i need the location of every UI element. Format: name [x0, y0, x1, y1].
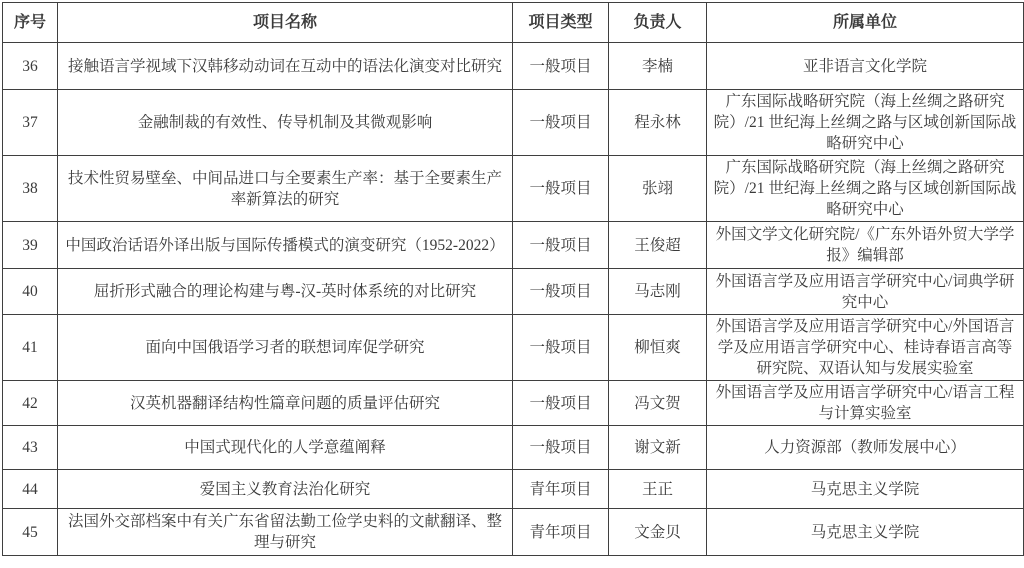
cell-unit: 马克思主义学院	[707, 470, 1024, 509]
table-header-row: 序号 项目名称 项目类型 负责人 所属单位	[3, 3, 1024, 43]
cell-project-name: 技术性贸易壁垒、中间品进口与全要素生产率：基于全要素生产率新算法的研究	[58, 156, 513, 222]
project-list-table: 序号 项目名称 项目类型 负责人 所属单位 36 接触语言学视域下汉韩移动动词在…	[2, 2, 1024, 556]
cell-leader: 文金贝	[609, 509, 707, 556]
cell-no: 42	[3, 381, 58, 426]
cell-project-name: 屈折形式融合的理论构建与粤-汉-英时体系统的对比研究	[58, 269, 513, 315]
cell-no: 44	[3, 470, 58, 509]
cell-project-type: 一般项目	[513, 90, 609, 156]
cell-leader: 李楠	[609, 43, 707, 90]
cell-unit: 外国语言学及应用语言学研究中心/词典学研究中心	[707, 269, 1024, 315]
cell-unit: 广东国际战略研究院（海上丝绸之路研究院）/21 世纪海上丝绸之路与区域创新国际战…	[707, 156, 1024, 222]
cell-project-name: 金融制裁的有效性、传导机制及其微观影响	[58, 90, 513, 156]
cell-project-type: 一般项目	[513, 43, 609, 90]
cell-no: 39	[3, 222, 58, 269]
cell-project-name: 法国外交部档案中有关广东省留法勤工俭学史料的文献翻译、整理与研究	[58, 509, 513, 556]
cell-project-name: 爱国主义教育法治化研究	[58, 470, 513, 509]
table-row: 37 金融制裁的有效性、传导机制及其微观影响 一般项目 程永林 广东国际战略研究…	[3, 90, 1024, 156]
cell-unit: 马克思主义学院	[707, 509, 1024, 556]
table-row: 41 面向中国俄语学习者的联想词库促学研究 一般项目 柳恒爽 外国语言学及应用语…	[3, 315, 1024, 381]
cell-leader: 谢文新	[609, 426, 707, 470]
cell-leader: 王正	[609, 470, 707, 509]
table-row: 36 接触语言学视域下汉韩移动动词在互动中的语法化演变对比研究 一般项目 李楠 …	[3, 43, 1024, 90]
cell-project-type: 青年项目	[513, 470, 609, 509]
cell-unit: 外国语言学及应用语言学研究中心/外国语言学及应用语言学研究中心、桂诗春语言高等研…	[707, 315, 1024, 381]
cell-project-type: 青年项目	[513, 509, 609, 556]
cell-no: 40	[3, 269, 58, 315]
cell-project-name: 汉英机器翻译结构性篇章问题的质量评估研究	[58, 381, 513, 426]
table-row: 40 屈折形式融合的理论构建与粤-汉-英时体系统的对比研究 一般项目 马志刚 外…	[3, 269, 1024, 315]
table-row: 44 爱国主义教育法治化研究 青年项目 王正 马克思主义学院	[3, 470, 1024, 509]
cell-project-type: 一般项目	[513, 222, 609, 269]
cell-no: 38	[3, 156, 58, 222]
cell-project-type: 一般项目	[513, 315, 609, 381]
table-row: 45 法国外交部档案中有关广东省留法勤工俭学史料的文献翻译、整理与研究 青年项目…	[3, 509, 1024, 556]
cell-project-type: 一般项目	[513, 426, 609, 470]
column-header-project-type: 项目类型	[513, 3, 609, 43]
cell-leader: 王俊超	[609, 222, 707, 269]
cell-leader: 马志刚	[609, 269, 707, 315]
table-row: 43 中国式现代化的人学意蕴阐释 一般项目 谢文新 人力资源部（教师发展中心）	[3, 426, 1024, 470]
column-header-project-name: 项目名称	[58, 3, 513, 43]
column-header-leader: 负责人	[609, 3, 707, 43]
column-header-no: 序号	[3, 3, 58, 43]
cell-leader: 程永林	[609, 90, 707, 156]
cell-no: 45	[3, 509, 58, 556]
column-header-unit: 所属单位	[707, 3, 1024, 43]
cell-project-type: 一般项目	[513, 269, 609, 315]
table-row: 39 中国政治话语外译出版与国际传播模式的演变研究（1952-2022） 一般项…	[3, 222, 1024, 269]
cell-leader: 张翊	[609, 156, 707, 222]
cell-leader: 柳恒爽	[609, 315, 707, 381]
cell-unit: 广东国际战略研究院（海上丝绸之路研究院）/21 世纪海上丝绸之路与区域创新国际战…	[707, 90, 1024, 156]
cell-leader: 冯文贺	[609, 381, 707, 426]
cell-no: 41	[3, 315, 58, 381]
cell-unit: 外国语言学及应用语言学研究中心/语言工程与计算实验室	[707, 381, 1024, 426]
cell-unit: 人力资源部（教师发展中心）	[707, 426, 1024, 470]
cell-project-name: 接触语言学视域下汉韩移动动词在互动中的语法化演变对比研究	[58, 43, 513, 90]
document-page: 序号 项目名称 项目类型 负责人 所属单位 36 接触语言学视域下汉韩移动动词在…	[0, 0, 1024, 568]
cell-no: 43	[3, 426, 58, 470]
cell-project-name: 面向中国俄语学习者的联想词库促学研究	[58, 315, 513, 381]
cell-project-name: 中国式现代化的人学意蕴阐释	[58, 426, 513, 470]
cell-unit: 亚非语言文化学院	[707, 43, 1024, 90]
cell-unit: 外国文学文化研究院/《广东外语外贸大学学报》编辑部	[707, 222, 1024, 269]
cell-no: 36	[3, 43, 58, 90]
table-row: 42 汉英机器翻译结构性篇章问题的质量评估研究 一般项目 冯文贺 外国语言学及应…	[3, 381, 1024, 426]
cell-project-name: 中国政治话语外译出版与国际传播模式的演变研究（1952-2022）	[58, 222, 513, 269]
cell-project-type: 一般项目	[513, 381, 609, 426]
cell-no: 37	[3, 90, 58, 156]
table-row: 38 技术性贸易壁垒、中间品进口与全要素生产率：基于全要素生产率新算法的研究 一…	[3, 156, 1024, 222]
cell-project-type: 一般项目	[513, 156, 609, 222]
